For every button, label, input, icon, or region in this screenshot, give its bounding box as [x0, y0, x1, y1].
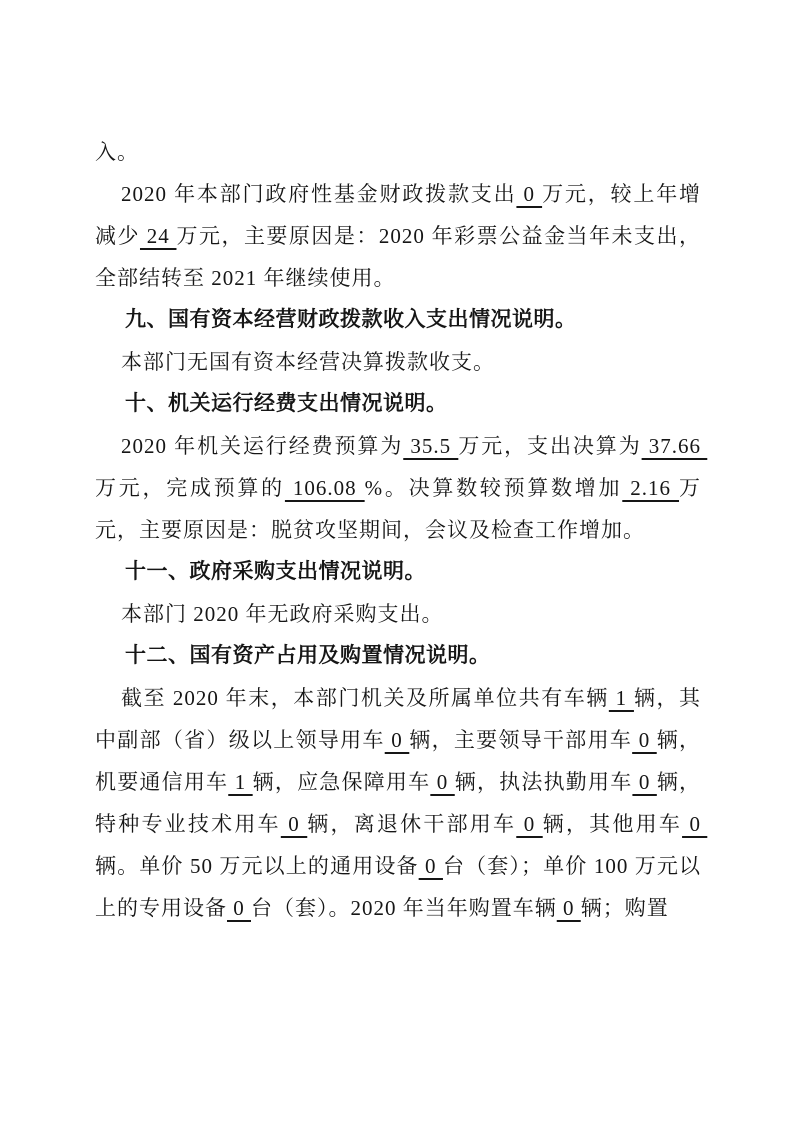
paragraph: 本部门无国有资本经营决算拨款收支。	[95, 341, 701, 383]
text-run: 十、机关运行经费支出情况说明。	[125, 392, 448, 415]
paragraph: 入。	[95, 131, 701, 173]
text-run: 2020 年机关运行经费预算为	[121, 434, 403, 458]
text-run: 入。	[95, 140, 139, 164]
text-run: 台（套）。2020 年当年购置车辆	[251, 896, 557, 920]
paragraph: 2020 年本部门政府性基金财政拨款支出 0 万元，较上年增减少 24 万元，主…	[95, 173, 701, 299]
underlined-value: 1	[609, 686, 634, 710]
document-body: 入。2020 年本部门政府性基金财政拨款支出 0 万元，较上年增减少 24 万元…	[95, 131, 701, 929]
text-run: 辆。单价 50 万元以上的通用设备	[95, 854, 419, 878]
text-run: 辆，主要领导干部用车	[409, 728, 632, 752]
underlined-value: 0	[419, 854, 443, 878]
text-run: 辆，其他用车	[543, 812, 682, 836]
text-run: 九、国有资本经营财政拨款收入支出情况说明。	[125, 308, 577, 331]
section-heading: 十一、政府采购支出情况说明。	[95, 551, 701, 593]
text-run: 2020 年本部门政府性基金财政拨款支出	[121, 182, 516, 206]
paragraph: 截至 2020 年末，本部门机关及所属单位共有车辆 1 辆，其中副部（省）级以上…	[95, 677, 701, 929]
section-heading: 十、机关运行经费支出情况说明。	[95, 383, 701, 425]
text-run: %。决算数较预算数增加	[365, 476, 623, 500]
text-run: 辆，离退休干部用车	[307, 812, 516, 836]
underlined-value: 0	[385, 728, 410, 752]
text-run: 辆，应急保障用车	[253, 770, 431, 794]
section-heading: 九、国有资本经营财政拨款收入支出情况说明。	[95, 299, 701, 341]
text-run: 本部门无国有资本经营决算拨款收支。	[121, 350, 495, 374]
underlined-value: 0	[281, 812, 307, 836]
section-heading: 十二、国有资产占用及购置情况说明。	[95, 635, 701, 677]
text-run: 截至 2020 年末，本部门机关及所属单位共有车辆	[121, 686, 609, 710]
paragraph: 2020 年机关运行经费预算为 35.5 万元，支出决算为 37.66 万元，完…	[95, 425, 701, 551]
text-run: 辆；购置	[581, 896, 669, 920]
text-run: 万元，支出决算为	[458, 434, 641, 458]
document-page: 入。2020 年本部门政府性基金财政拨款支出 0 万元，较上年增减少 24 万元…	[0, 0, 793, 1122]
underlined-value: 2.16	[622, 476, 679, 500]
underlined-value: 0	[682, 812, 707, 836]
underlined-value: 37.66	[642, 434, 708, 458]
text-run: 万元，主要原因是：2020 年彩票公益金当年未支出，全部结转至 2021 年继续…	[95, 224, 701, 290]
underlined-value: 0	[516, 812, 542, 836]
underlined-value: 106.08	[285, 476, 365, 500]
underlined-value: 0	[516, 182, 542, 206]
text-run: 万元，完成预算的	[95, 476, 285, 500]
underlined-value: 35.5	[403, 434, 458, 458]
underlined-value: 1	[228, 770, 252, 794]
underlined-value: 0	[632, 770, 656, 794]
text-run: 本部门 2020 年无政府采购支出。	[121, 602, 444, 626]
underlined-value: 0	[227, 896, 251, 920]
underlined-value: 0	[430, 770, 454, 794]
text-run: 十二、国有资产占用及购置情况说明。	[125, 644, 491, 667]
text-run: 辆，执法执勤用车	[455, 770, 633, 794]
paragraph: 本部门 2020 年无政府采购支出。	[95, 593, 701, 635]
underlined-value: 0	[557, 896, 581, 920]
underlined-value: 24	[140, 224, 176, 248]
text-run: 十一、政府采购支出情况说明。	[125, 560, 426, 583]
underlined-value: 0	[632, 728, 657, 752]
